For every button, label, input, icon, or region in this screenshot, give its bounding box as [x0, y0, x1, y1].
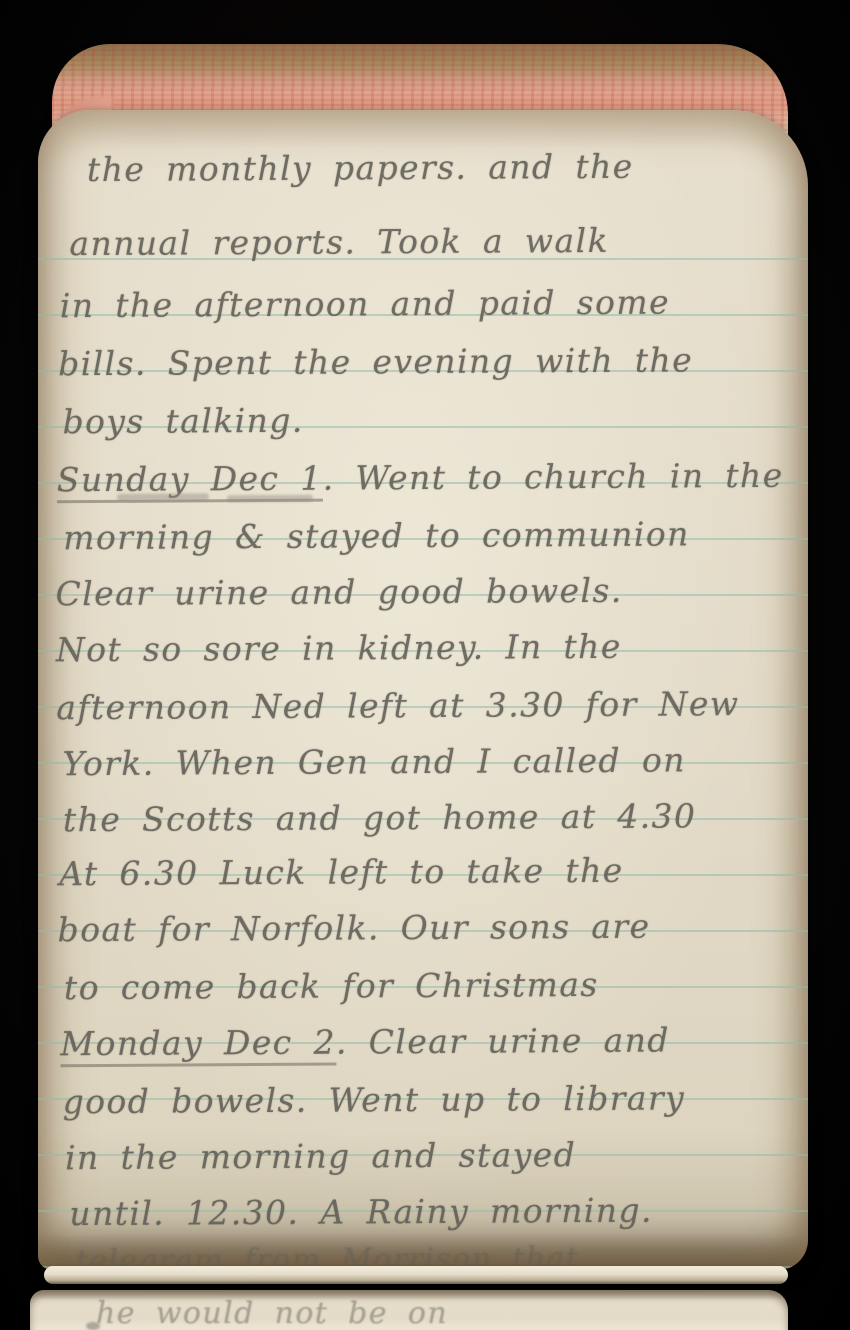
page-bottom-curl [44, 1266, 788, 1284]
next-page-sliver: he would not be on [30, 1290, 788, 1330]
diary-page [38, 110, 808, 1270]
notebook-photo: the monthly papers. and the annual repor… [0, 0, 850, 1330]
ruled-lines [38, 258, 808, 1270]
partial-stroke-mark [86, 1322, 100, 1330]
handwriting-line: he would not be on [96, 1296, 448, 1330]
